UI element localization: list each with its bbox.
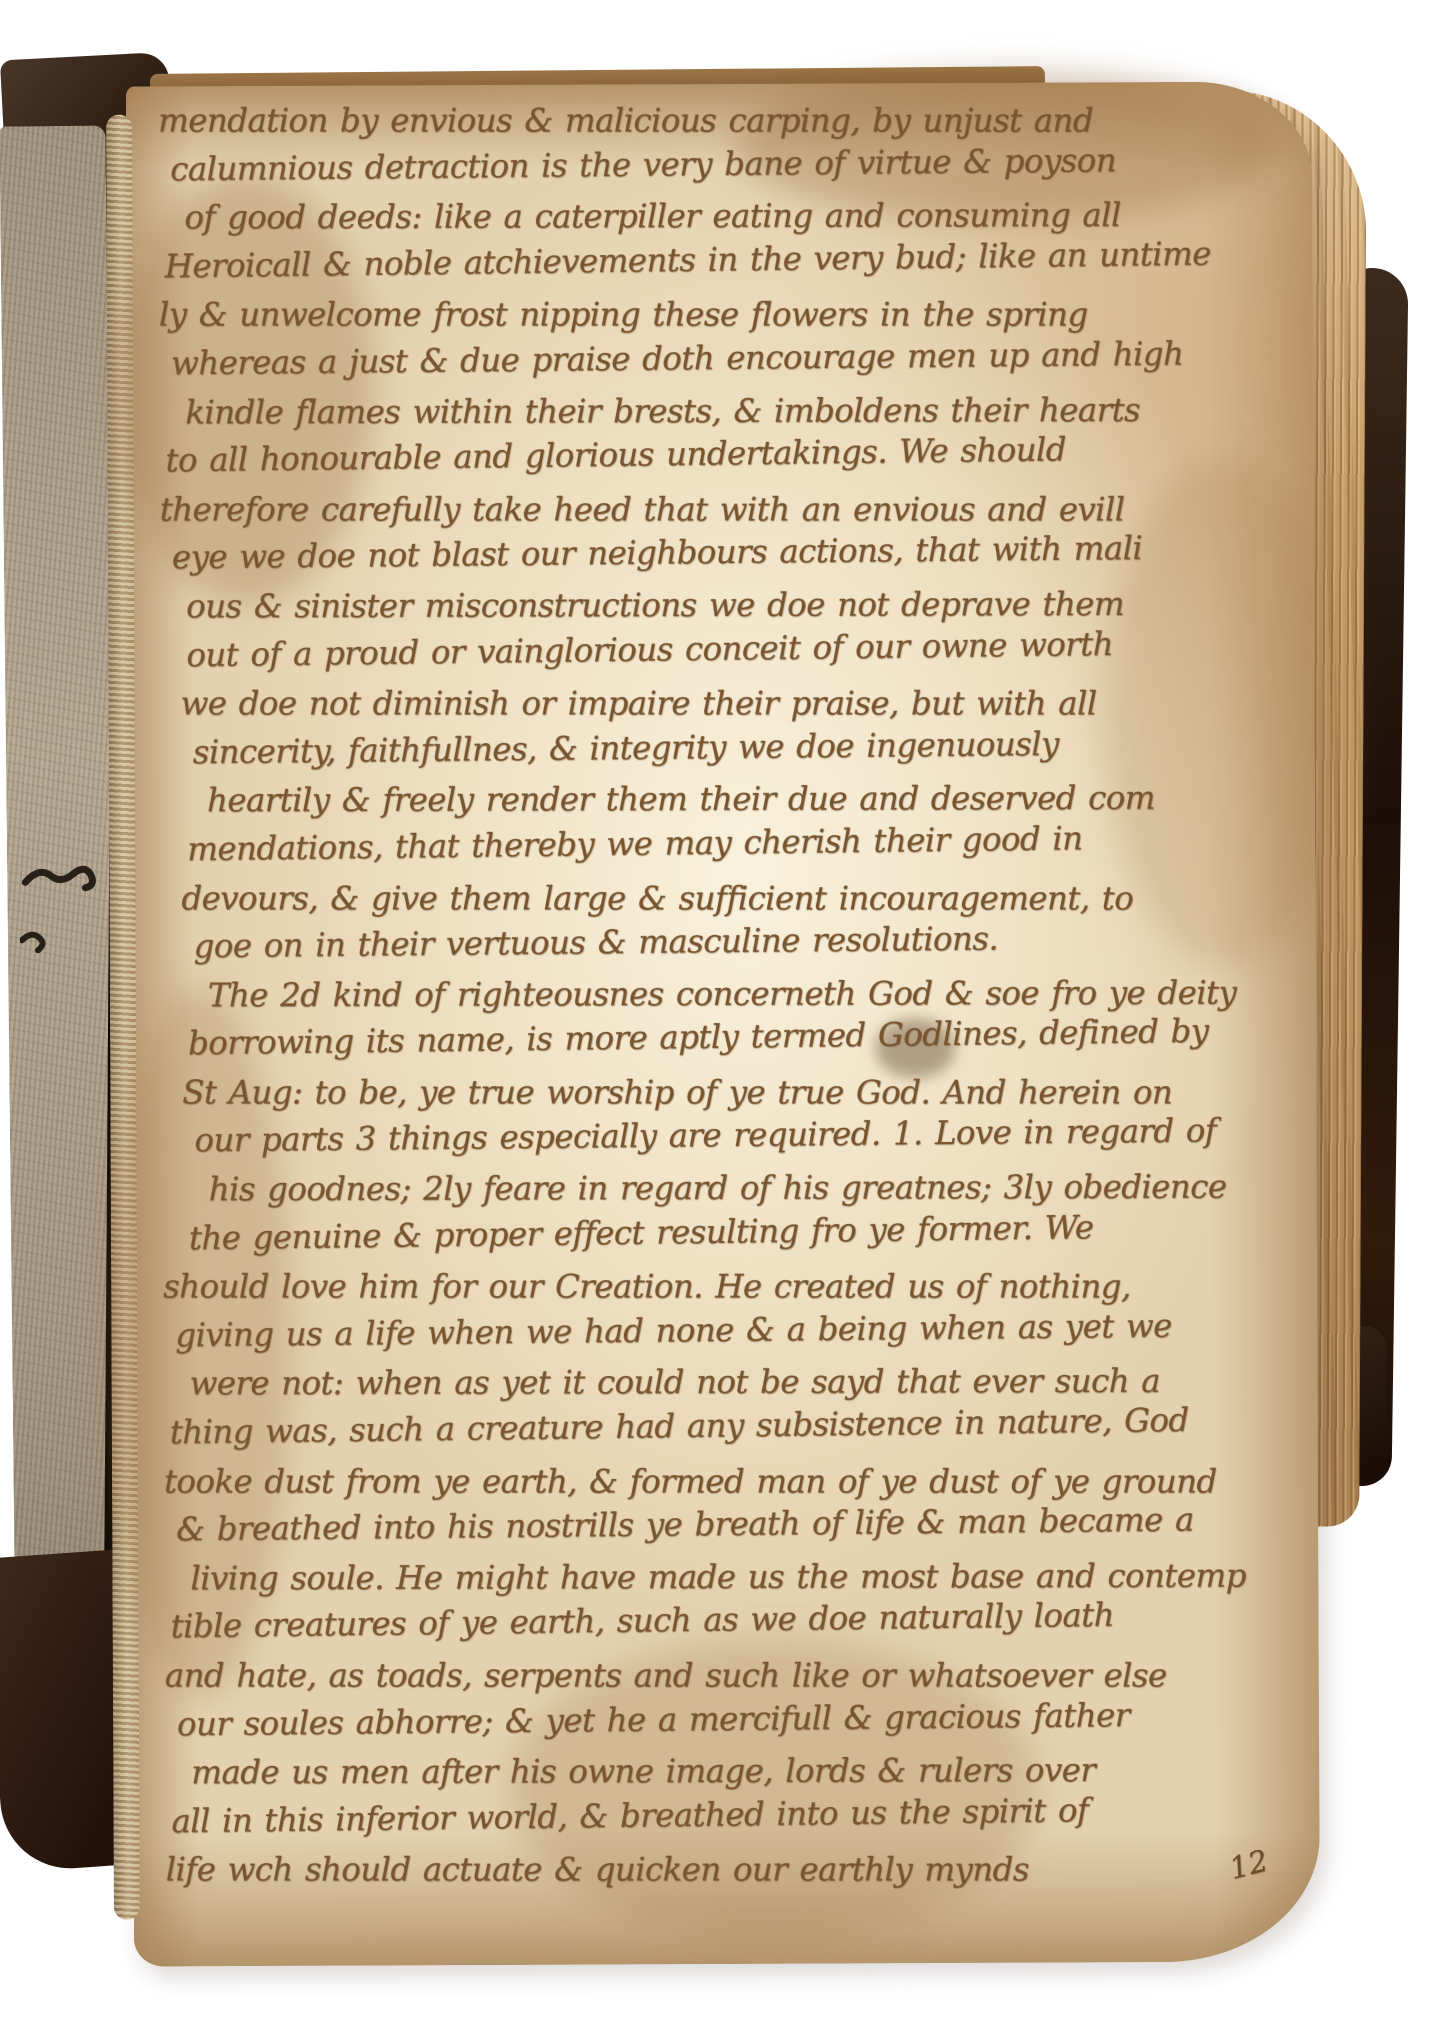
manuscript-line: sincerity, faithfullnes, & integrity we … — [177, 717, 1299, 776]
manuscript-line: life wch should actuate & quicken our ea… — [162, 1846, 1304, 1895]
manuscript-page: mendation by envious & malicious carping… — [126, 81, 1320, 1966]
manuscript-text: mendation by envious & malicious carping… — [154, 91, 1304, 1894]
manuscript-line: eye we doe not blast our neighbours acti… — [156, 523, 1298, 583]
manuscript-line: our soules abhorre; & yet he a mercifull… — [161, 1689, 1303, 1749]
manuscript-line: & breathed into his nostrills ye breath … — [160, 1495, 1302, 1555]
manuscript-line: giving us a life when we had none & a be… — [159, 1300, 1301, 1360]
manuscript-line: calumnious detraction is the very bane o… — [154, 134, 1296, 194]
board-ink-marks — [19, 854, 100, 975]
book-photo: mendation by envious & malicious carping… — [0, 0, 1445, 2023]
manuscript-line: whereas a just & due praise doth encoura… — [155, 328, 1297, 388]
manuscript-line: goe on in their vertuous & masculine res… — [177, 912, 1299, 971]
manuscript-line: our parts 3 things especially are requir… — [178, 1106, 1300, 1165]
